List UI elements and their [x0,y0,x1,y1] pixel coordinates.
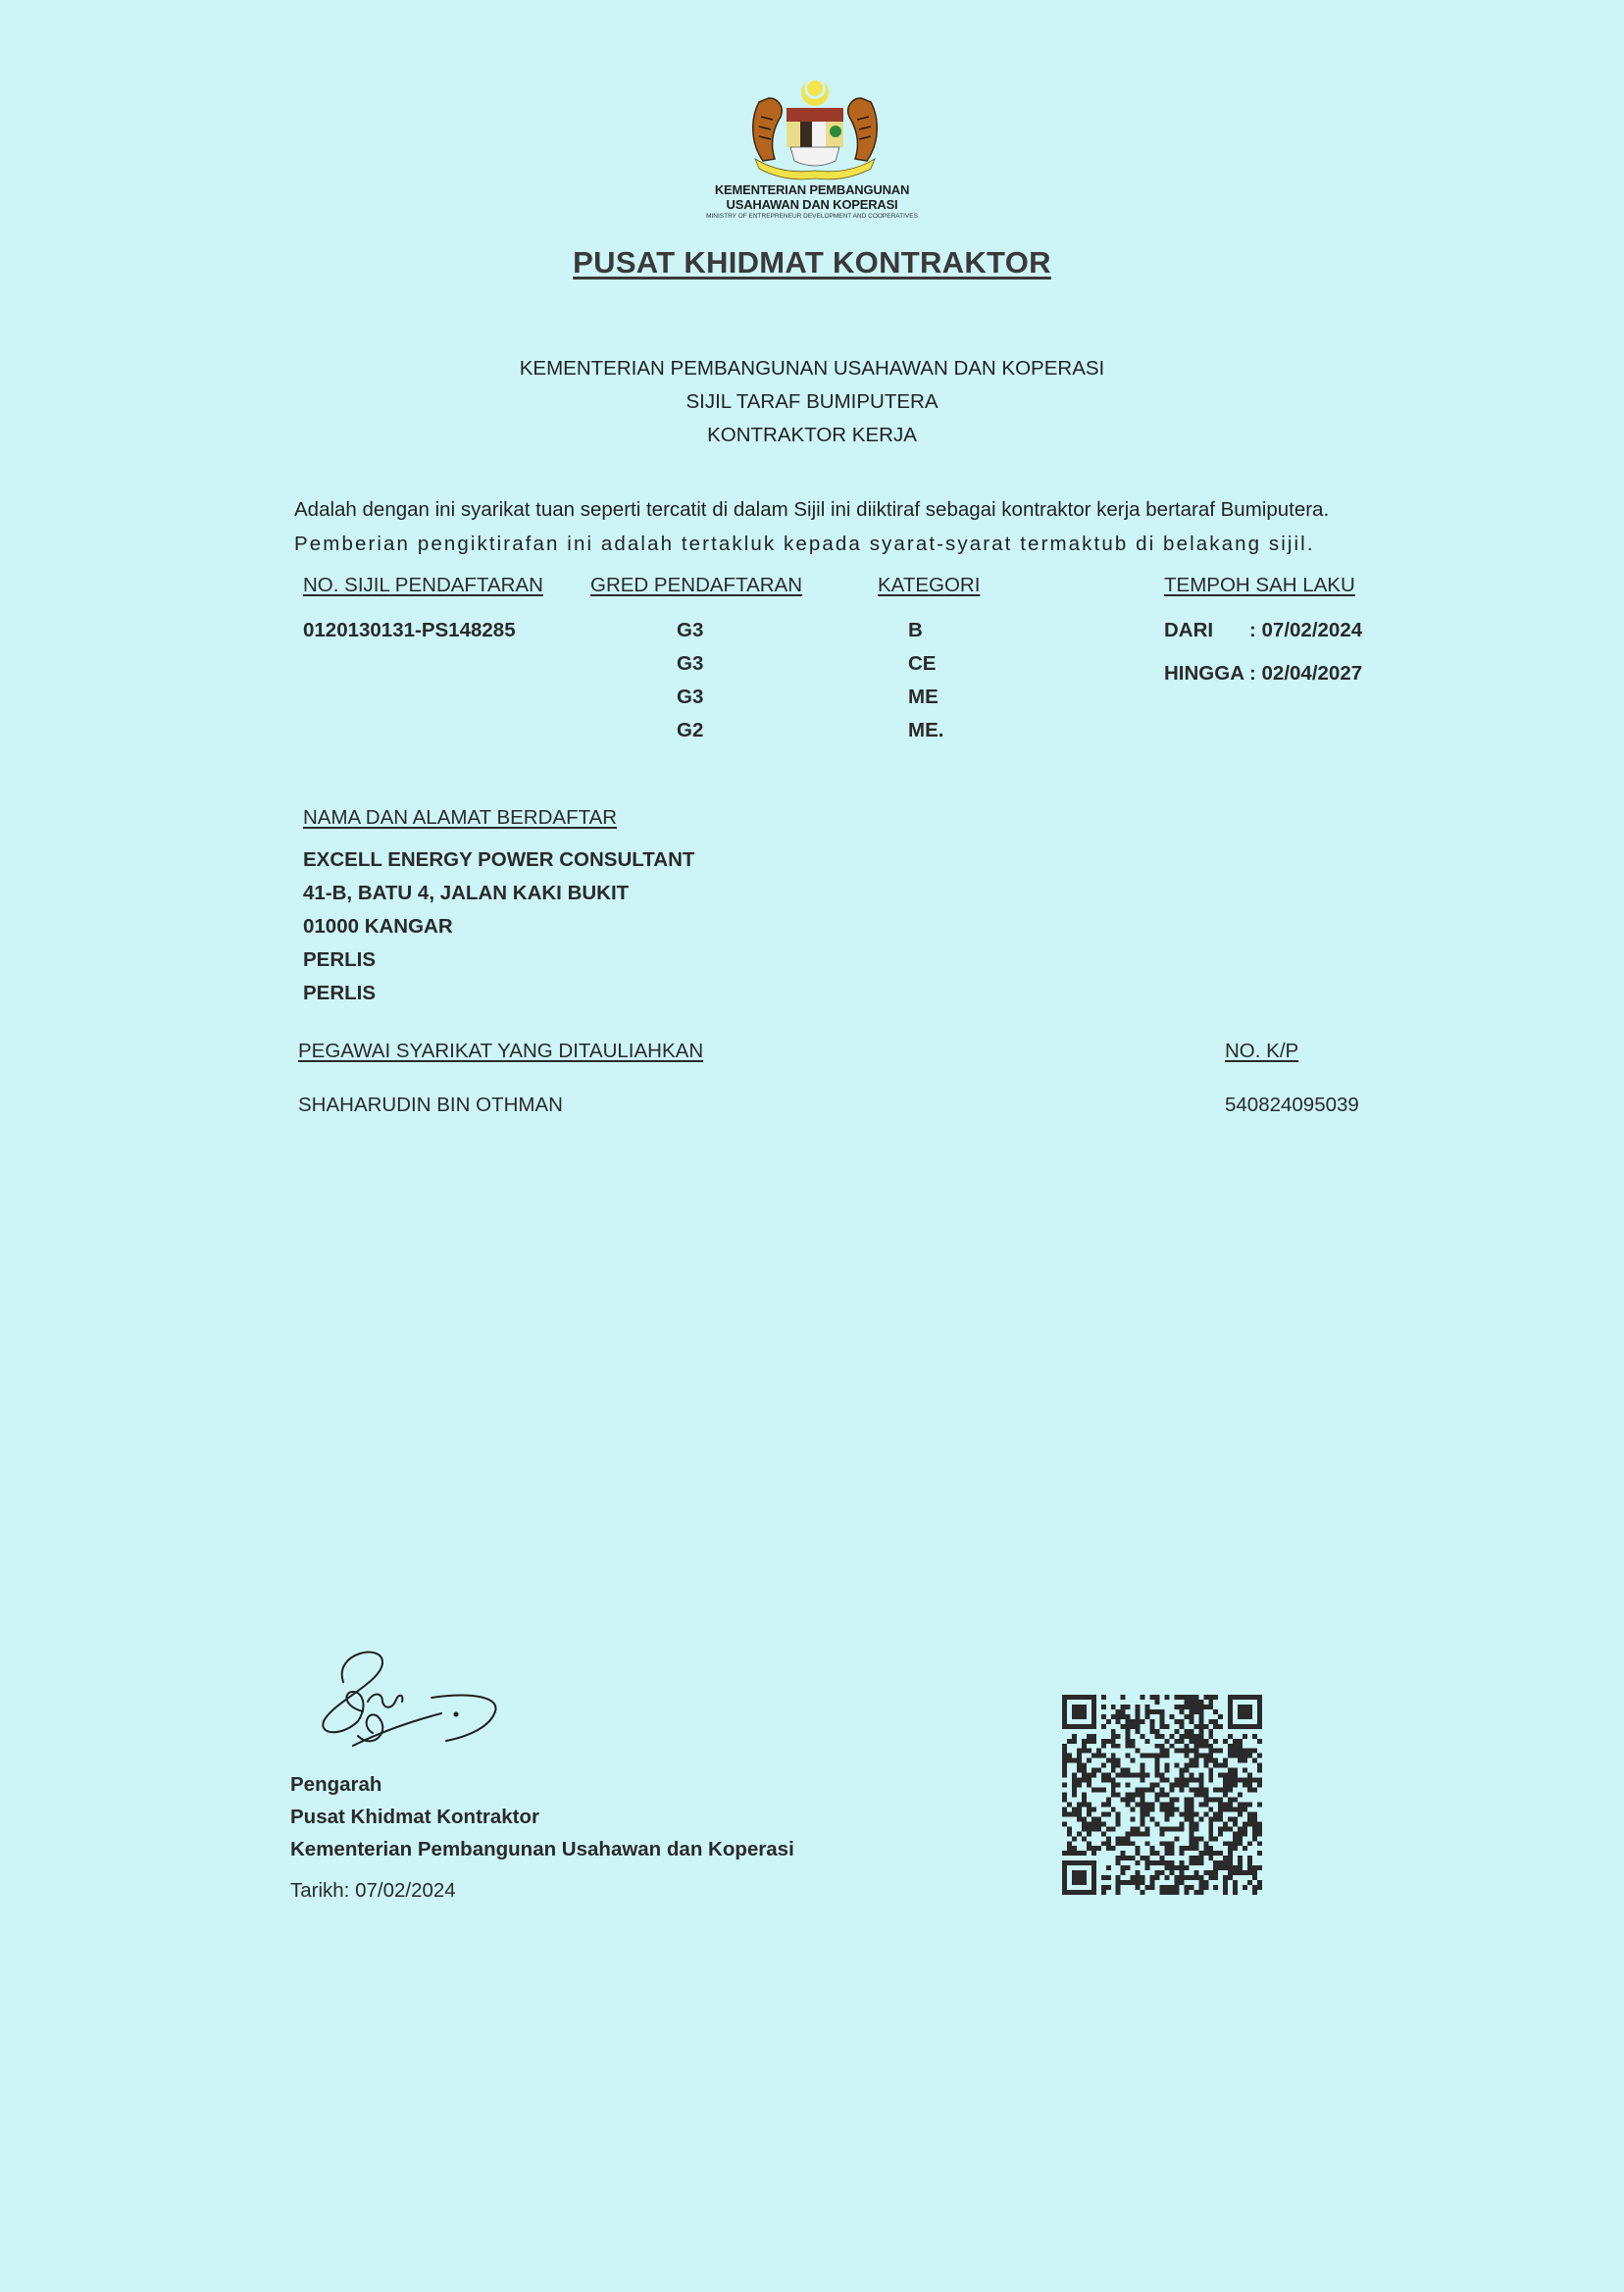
address-line: 41-B, BATU 4, JALAN KAKI BUKIT [303,882,694,915]
category-item: ME [908,686,943,719]
intro-line-1: Adalah dengan ini syarikat tuan seperti … [294,498,1329,522]
header-no-sijil: NO. SIJIL PENDAFTARAN [303,574,543,597]
header-ic-number: NO. K/P [1225,1040,1298,1063]
intro-line-2: Pemberian pengiktirafan ini adalah terta… [294,533,1315,556]
category-item: B [908,619,943,652]
ministry-logo-text: KEMENTERIAN PEMBANGUNAN USAHAWAN DAN KOP… [637,182,987,222]
header-tempoh: TEMPOH SAH LAKU [1164,574,1355,597]
registered-address-block: EXCELL ENERGY POWER CONSULTANT 41-B, BAT… [303,848,694,1015]
header-gred: GRED PENDAFTARAN [590,574,802,597]
registration-number: 0120130131-PS148285 [303,619,516,642]
document-title: PUSAT KHIDMAT KONTRAKTOR [0,245,1624,280]
grade-list: G3 G3 G3 G2 [677,619,703,752]
category-item: CE [908,652,943,686]
subheading-ministry: KEMENTERIAN PEMBANGUNAN USAHAWAN DAN KOP… [0,357,1624,381]
qr-code-icon [1062,1695,1262,1895]
category-list: B CE ME ME. [908,619,943,752]
grade-item: G3 [677,686,703,719]
signatory-ministry: Kementerian Pembangunan Usahawan dan Kop… [290,1838,794,1879]
signature-icon [314,1643,510,1751]
grade-item: G3 [677,619,703,652]
validity-to-value: : 02/04/2027 [1249,662,1362,686]
signatory-block: Pengarah Pusat Khidmat Kontraktor Kement… [290,1773,794,1903]
header-authorized-officer: PEGAWAI SYARIKAT YANG DITAULIAHKAN [298,1040,703,1063]
logo-line-1: KEMENTERIAN PEMBANGUNAN [637,182,987,197]
ic-number: 540824095039 [1225,1094,1359,1117]
company-name: EXCELL ENERGY POWER CONSULTANT [303,848,694,882]
header-registered-address: NAMA DAN ALAMAT BERDAFTAR [303,806,617,830]
header-kategori: KATEGORI [878,574,980,597]
officer-name: SHAHARUDIN BIN OTHMAN [298,1094,563,1117]
logo-line-2: USAHAWAN DAN KOPERASI [637,197,987,212]
address-line: PERLIS [303,982,694,1015]
signatory-department: Pusat Khidmat Kontraktor [290,1806,794,1838]
grade-item: G3 [677,652,703,686]
address-line: PERLIS [303,948,694,982]
document-title-text: PUSAT KHIDMAT KONTRAKTOR [573,245,1051,280]
validity-to-label: HINGGA [1164,662,1244,686]
address-line: 01000 KANGAR [303,915,694,948]
validity-from-label: DARI [1164,619,1213,642]
subheading-certificate-type: SIJIL TARAF BUMIPUTERA [0,390,1624,414]
grade-item: G2 [677,719,703,752]
validity-from-value: : 07/02/2024 [1249,619,1362,642]
signatory-title: Pengarah [290,1773,794,1806]
category-item: ME. [908,719,943,752]
issue-date: Tarikh: 07/02/2024 [290,1879,794,1903]
coat-of-arms-icon [741,73,888,182]
subheading-contractor-type: KONTRAKTOR KERJA [0,424,1624,447]
logo-line-3: MINISTRY OF ENTREPRENEUR DEVELOPMENT AND… [637,212,987,222]
